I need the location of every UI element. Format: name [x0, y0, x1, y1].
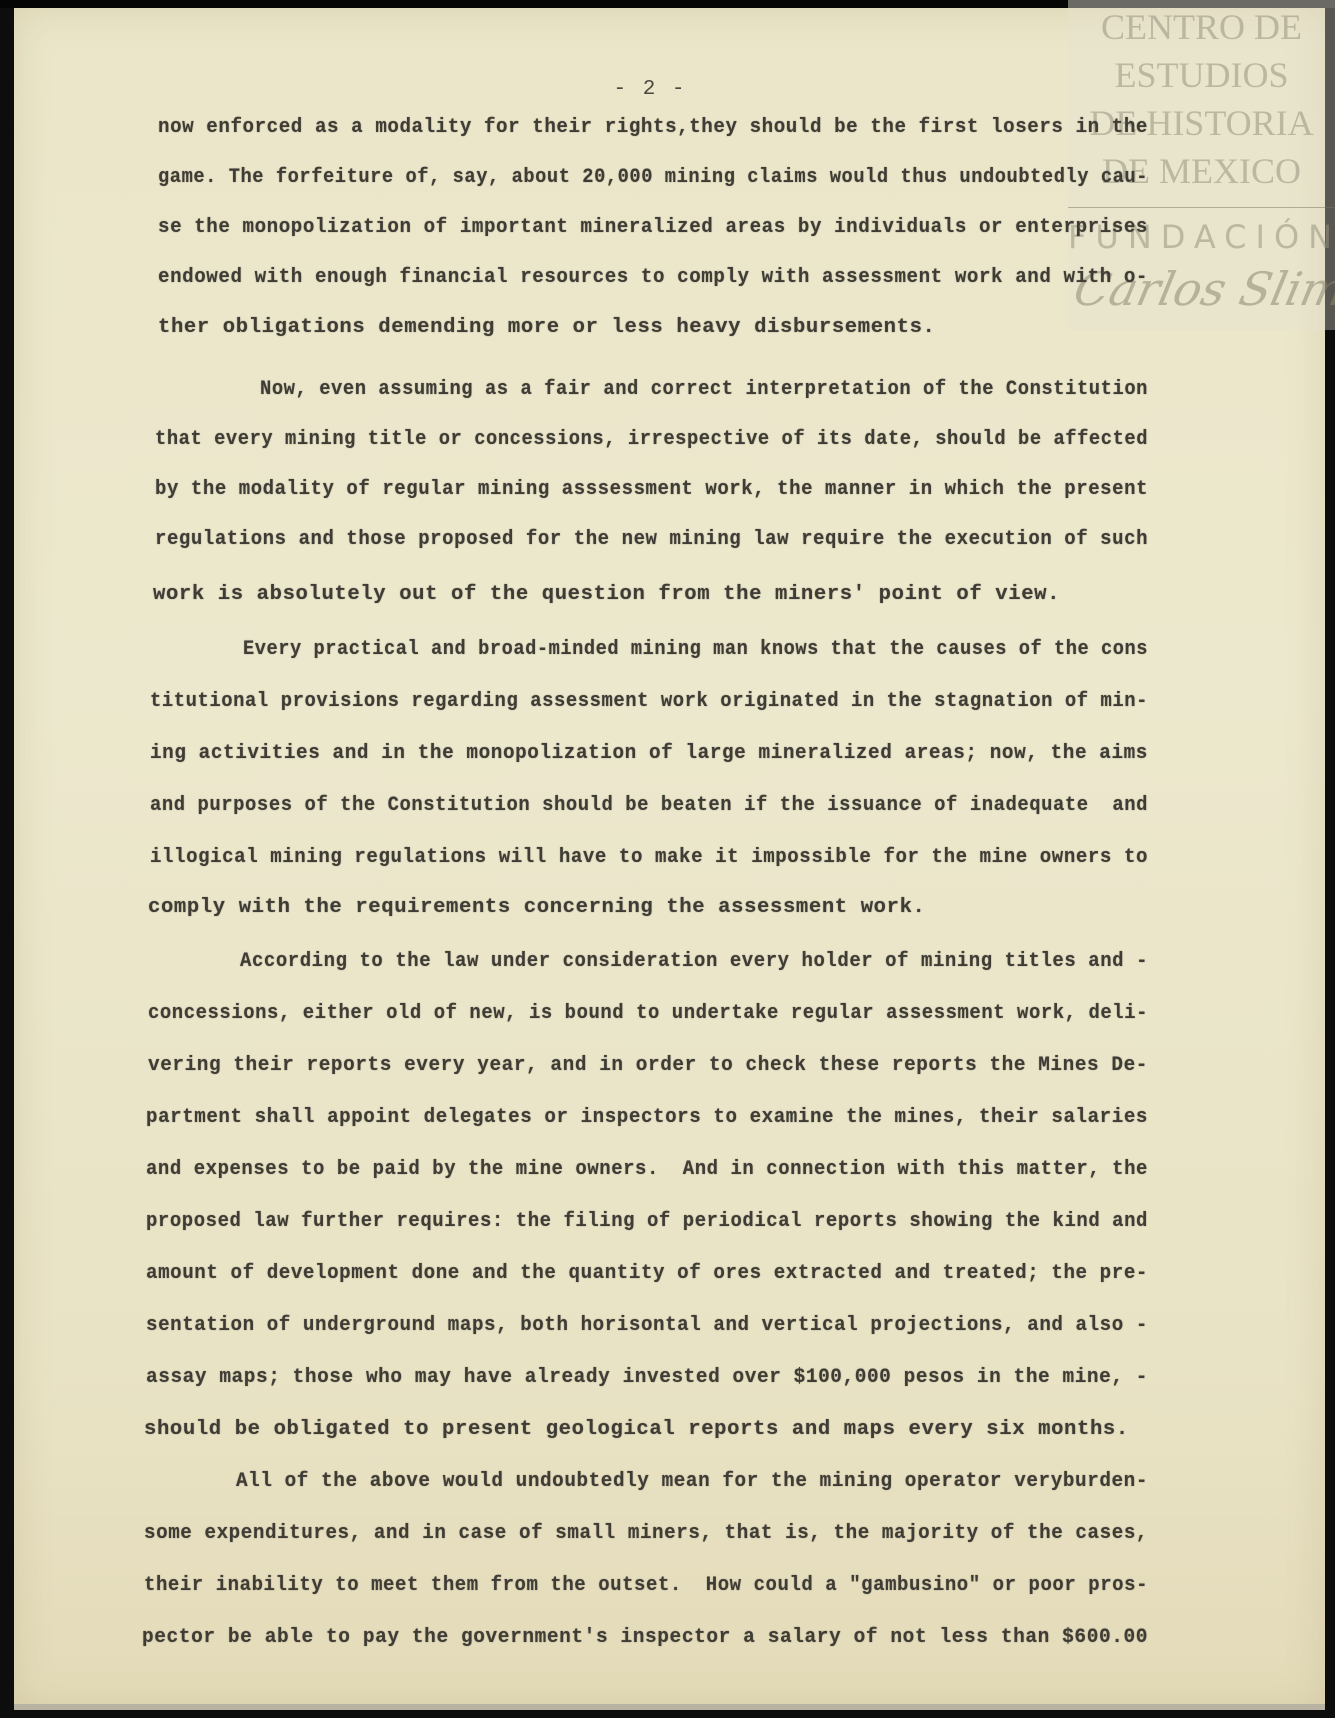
text-line: se the monopolization of important miner…: [158, 216, 1148, 239]
text-line: According to the law under consideration…: [240, 950, 1148, 973]
text-line: All of the above would undoubtedly mean …: [236, 1470, 1148, 1493]
text-line: game. The forfeiture of, say, about 20,0…: [158, 166, 1148, 189]
text-line: pector be able to pay the government's i…: [142, 1626, 1148, 1649]
text-line: assay maps; those who may have already i…: [146, 1366, 1148, 1389]
text-line: sentation of underground maps, both hori…: [146, 1314, 1148, 1337]
text-line: regulations and those proposed for the n…: [155, 528, 1148, 551]
text-line: and purposes of the Constitution should …: [150, 794, 1148, 817]
text-line: work is absolutely out of the question f…: [153, 583, 1060, 606]
text-line: now enforced as a modality for their rig…: [158, 116, 1148, 139]
text-line: proposed law further requires: the filin…: [146, 1210, 1148, 1233]
text-line: by the modality of regular mining assses…: [155, 478, 1148, 501]
text-line: endowed with enough financial resources …: [158, 266, 1148, 289]
text-line: ther obligations demending more or less …: [158, 316, 936, 339]
text-line: Now, even assuming as a fair and correct…: [260, 378, 1148, 401]
text-line: comply with the requirements concerning …: [148, 896, 926, 919]
text-line: and expenses to be paid by the mine owne…: [146, 1158, 1148, 1181]
text-line: that every mining title or concessions, …: [155, 428, 1148, 451]
text-line: partment shall appoint delegates or insp…: [146, 1106, 1148, 1129]
text-line: their inability to meet them from the ou…: [144, 1574, 1148, 1597]
document-body: - 2 - now enforced as a modality for the…: [0, 0, 1335, 1718]
text-line: ing activities and in the monopolization…: [150, 742, 1148, 765]
text-line: Every practical and broad-minded mining …: [243, 638, 1148, 661]
page-number: - 2 -: [600, 78, 700, 101]
text-line: vering their reports every year, and in …: [148, 1054, 1148, 1077]
text-line: illogical mining regulations will have t…: [150, 846, 1148, 869]
text-line: titutional provisions regarding assessme…: [150, 690, 1148, 713]
text-line: concessions, either old of new, is bound…: [148, 1002, 1148, 1025]
text-line: some expenditures, and in case of small …: [144, 1522, 1148, 1545]
text-line: should be obligated to present geologica…: [144, 1418, 1129, 1441]
text-line: amount of development done and the quant…: [146, 1262, 1148, 1285]
